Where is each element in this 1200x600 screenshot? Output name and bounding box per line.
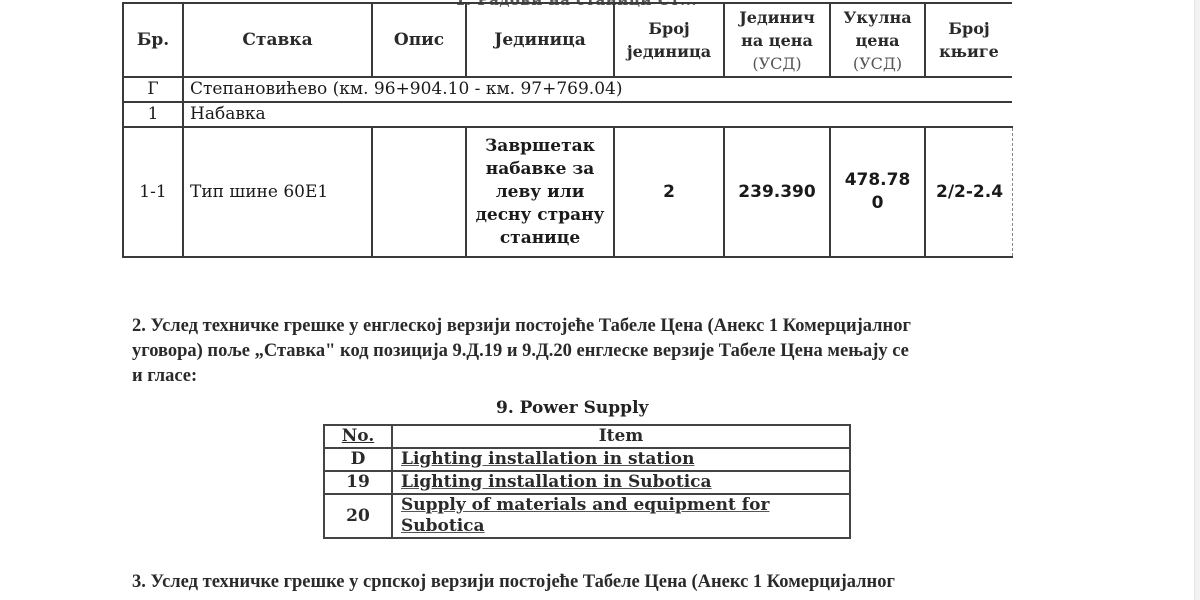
table-row: 20 Supply of materials and equipment for… [324, 494, 850, 538]
row-item: Тип шине 60Е1 [183, 127, 372, 257]
subsection-row: 1 Набавка [123, 102, 1012, 127]
table-header-row: Бр. Ставка Опис Јединица Број јединица Ј… [123, 3, 1012, 77]
row-quantity: 2 [614, 127, 724, 257]
row-no: 20 [324, 494, 392, 538]
row-unit: Завршетак набавке за леву или десну стра… [466, 127, 614, 257]
section-row: Г Степановићево (км. 96+904.10 - км. 97+… [123, 77, 1012, 102]
row-no: 19 [324, 471, 392, 494]
table-row: D Lighting installation in station [324, 448, 850, 471]
header-unit: Јединица [466, 3, 614, 77]
subsection-text: Набавка [183, 102, 1012, 127]
table-row: 1-1 Тип шине 60Е1 Завршетак набавке за л… [123, 127, 1012, 257]
paragraph-2: 2. Услед техничке грешке у енглеској вер… [132, 314, 1052, 389]
row-item: Lighting installation in Subotica [392, 471, 850, 494]
row-item: Supply of materials and equipment for Su… [392, 494, 850, 538]
header-no: Бр. [123, 3, 183, 77]
header-unit-price: Јединич на цена (УСД) [724, 3, 830, 77]
header-description: Опис [372, 3, 466, 77]
table-header-row: No. Item [324, 425, 850, 448]
header-no: No. [324, 425, 392, 448]
table-row: 19 Lighting installation in Subotica [324, 471, 850, 494]
row-description [372, 127, 466, 257]
header-quantity: Број јединица [614, 3, 724, 77]
page-edge [1194, 0, 1200, 600]
section-no: Г [123, 77, 183, 102]
row-no: D [324, 448, 392, 471]
header-item: Ставка [183, 3, 372, 77]
row-book-no: 2/2-2.4 [925, 127, 1012, 257]
english-table-title: 9. Power Supply [496, 398, 648, 418]
subsection-no: 1 [123, 102, 183, 127]
section-text: Степановићево (км. 96+904.10 - км. 97+76… [183, 77, 1012, 102]
header-book-no: Број књиге [925, 3, 1012, 77]
paragraph-3: 3. Услед техничке грешке у српској верзи… [132, 570, 1052, 595]
header-total-price: Укулна цена (УСД) [830, 3, 925, 77]
row-unit-price: 239.390 [724, 127, 830, 257]
row-total-price: 478.78 0 [830, 127, 925, 257]
header-item: Item [392, 425, 850, 448]
serbian-price-table: Бр. Ставка Опис Јединица Број јединица Ј… [122, 2, 1013, 258]
row-item: Lighting installation in station [392, 448, 850, 471]
row-no: 1-1 [123, 127, 183, 257]
english-power-supply-table: No. Item D Lighting installation in stat… [323, 424, 851, 539]
